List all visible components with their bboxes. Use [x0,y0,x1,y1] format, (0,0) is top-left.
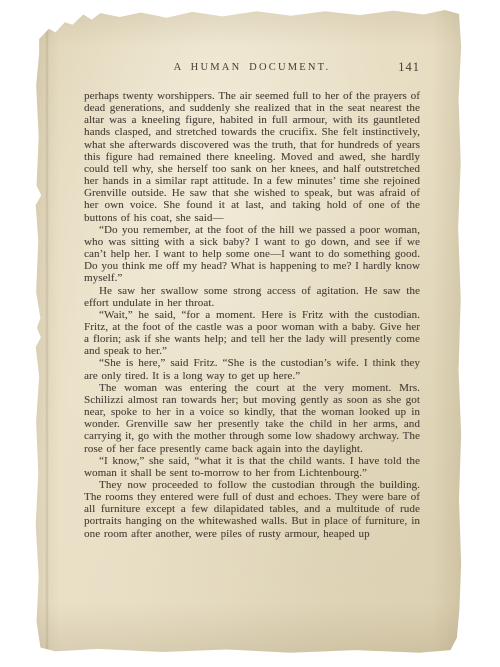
page-body: perhaps twenty worshippers. The air seem… [84,90,420,540]
page-header: A HUMAN DOCUMENT. 141 [84,58,420,84]
paragraph: “I know,” she said, “what it is that the… [84,455,420,479]
book-page: A HUMAN DOCUMENT. 141 perhaps twenty wor… [34,8,462,654]
paragraph: The woman was entering the court at the … [84,382,420,455]
paragraph: “Do you remember, at the foot of the hil… [84,224,420,285]
paper-crease [45,8,49,654]
paragraph: They now proceeded to follow the custodi… [84,479,420,540]
scan-background: A HUMAN DOCUMENT. 141 perhaps twenty wor… [0,0,500,667]
paragraph: “She is here,” said Fritz. “She is the c… [84,357,420,381]
paragraph: perhaps twenty worshippers. The air seem… [84,90,420,224]
paragraph: “Wait,” he said, “for a moment. Here is … [84,309,420,358]
page-content: A HUMAN DOCUMENT. 141 perhaps twenty wor… [84,58,420,540]
page-number: 141 [398,60,420,75]
running-title: A HUMAN DOCUMENT. [84,62,420,73]
paragraph: He saw her swallow some strong access of… [84,285,420,309]
